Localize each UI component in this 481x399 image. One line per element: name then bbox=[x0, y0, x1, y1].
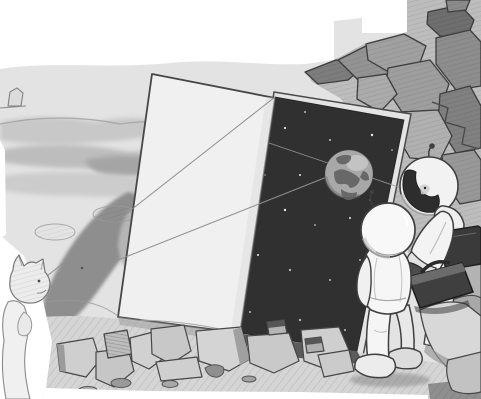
large-antenna-knob bbox=[429, 143, 435, 149]
star bbox=[249, 311, 251, 313]
pebble bbox=[242, 376, 256, 382]
star bbox=[359, 259, 361, 261]
star bbox=[391, 149, 393, 151]
large-eye bbox=[424, 187, 426, 189]
star bbox=[371, 134, 373, 136]
boulder-hatch bbox=[104, 330, 132, 358]
star bbox=[299, 319, 301, 321]
star bbox=[289, 269, 291, 271]
hatch-curl-1 bbox=[35, 224, 75, 240]
star bbox=[284, 127, 286, 129]
star bbox=[257, 254, 259, 256]
sky-speck bbox=[81, 267, 84, 270]
star bbox=[344, 329, 346, 331]
star bbox=[349, 217, 351, 219]
small-front-boot bbox=[355, 354, 396, 377]
hatch-curl-2 bbox=[93, 206, 137, 222]
small-antenna-knob bbox=[370, 190, 374, 194]
star bbox=[329, 279, 331, 281]
boulder bbox=[156, 357, 202, 381]
creature-eye bbox=[38, 280, 41, 283]
star bbox=[314, 224, 316, 226]
star bbox=[284, 209, 286, 211]
illustration-canvas bbox=[0, 0, 481, 399]
pebble bbox=[162, 381, 178, 388]
star bbox=[299, 174, 301, 176]
pebble bbox=[111, 379, 131, 388]
star bbox=[329, 139, 331, 141]
star bbox=[304, 111, 306, 113]
illustration: Black-and-white cartoon: on a rocky moon… bbox=[0, 0, 481, 399]
